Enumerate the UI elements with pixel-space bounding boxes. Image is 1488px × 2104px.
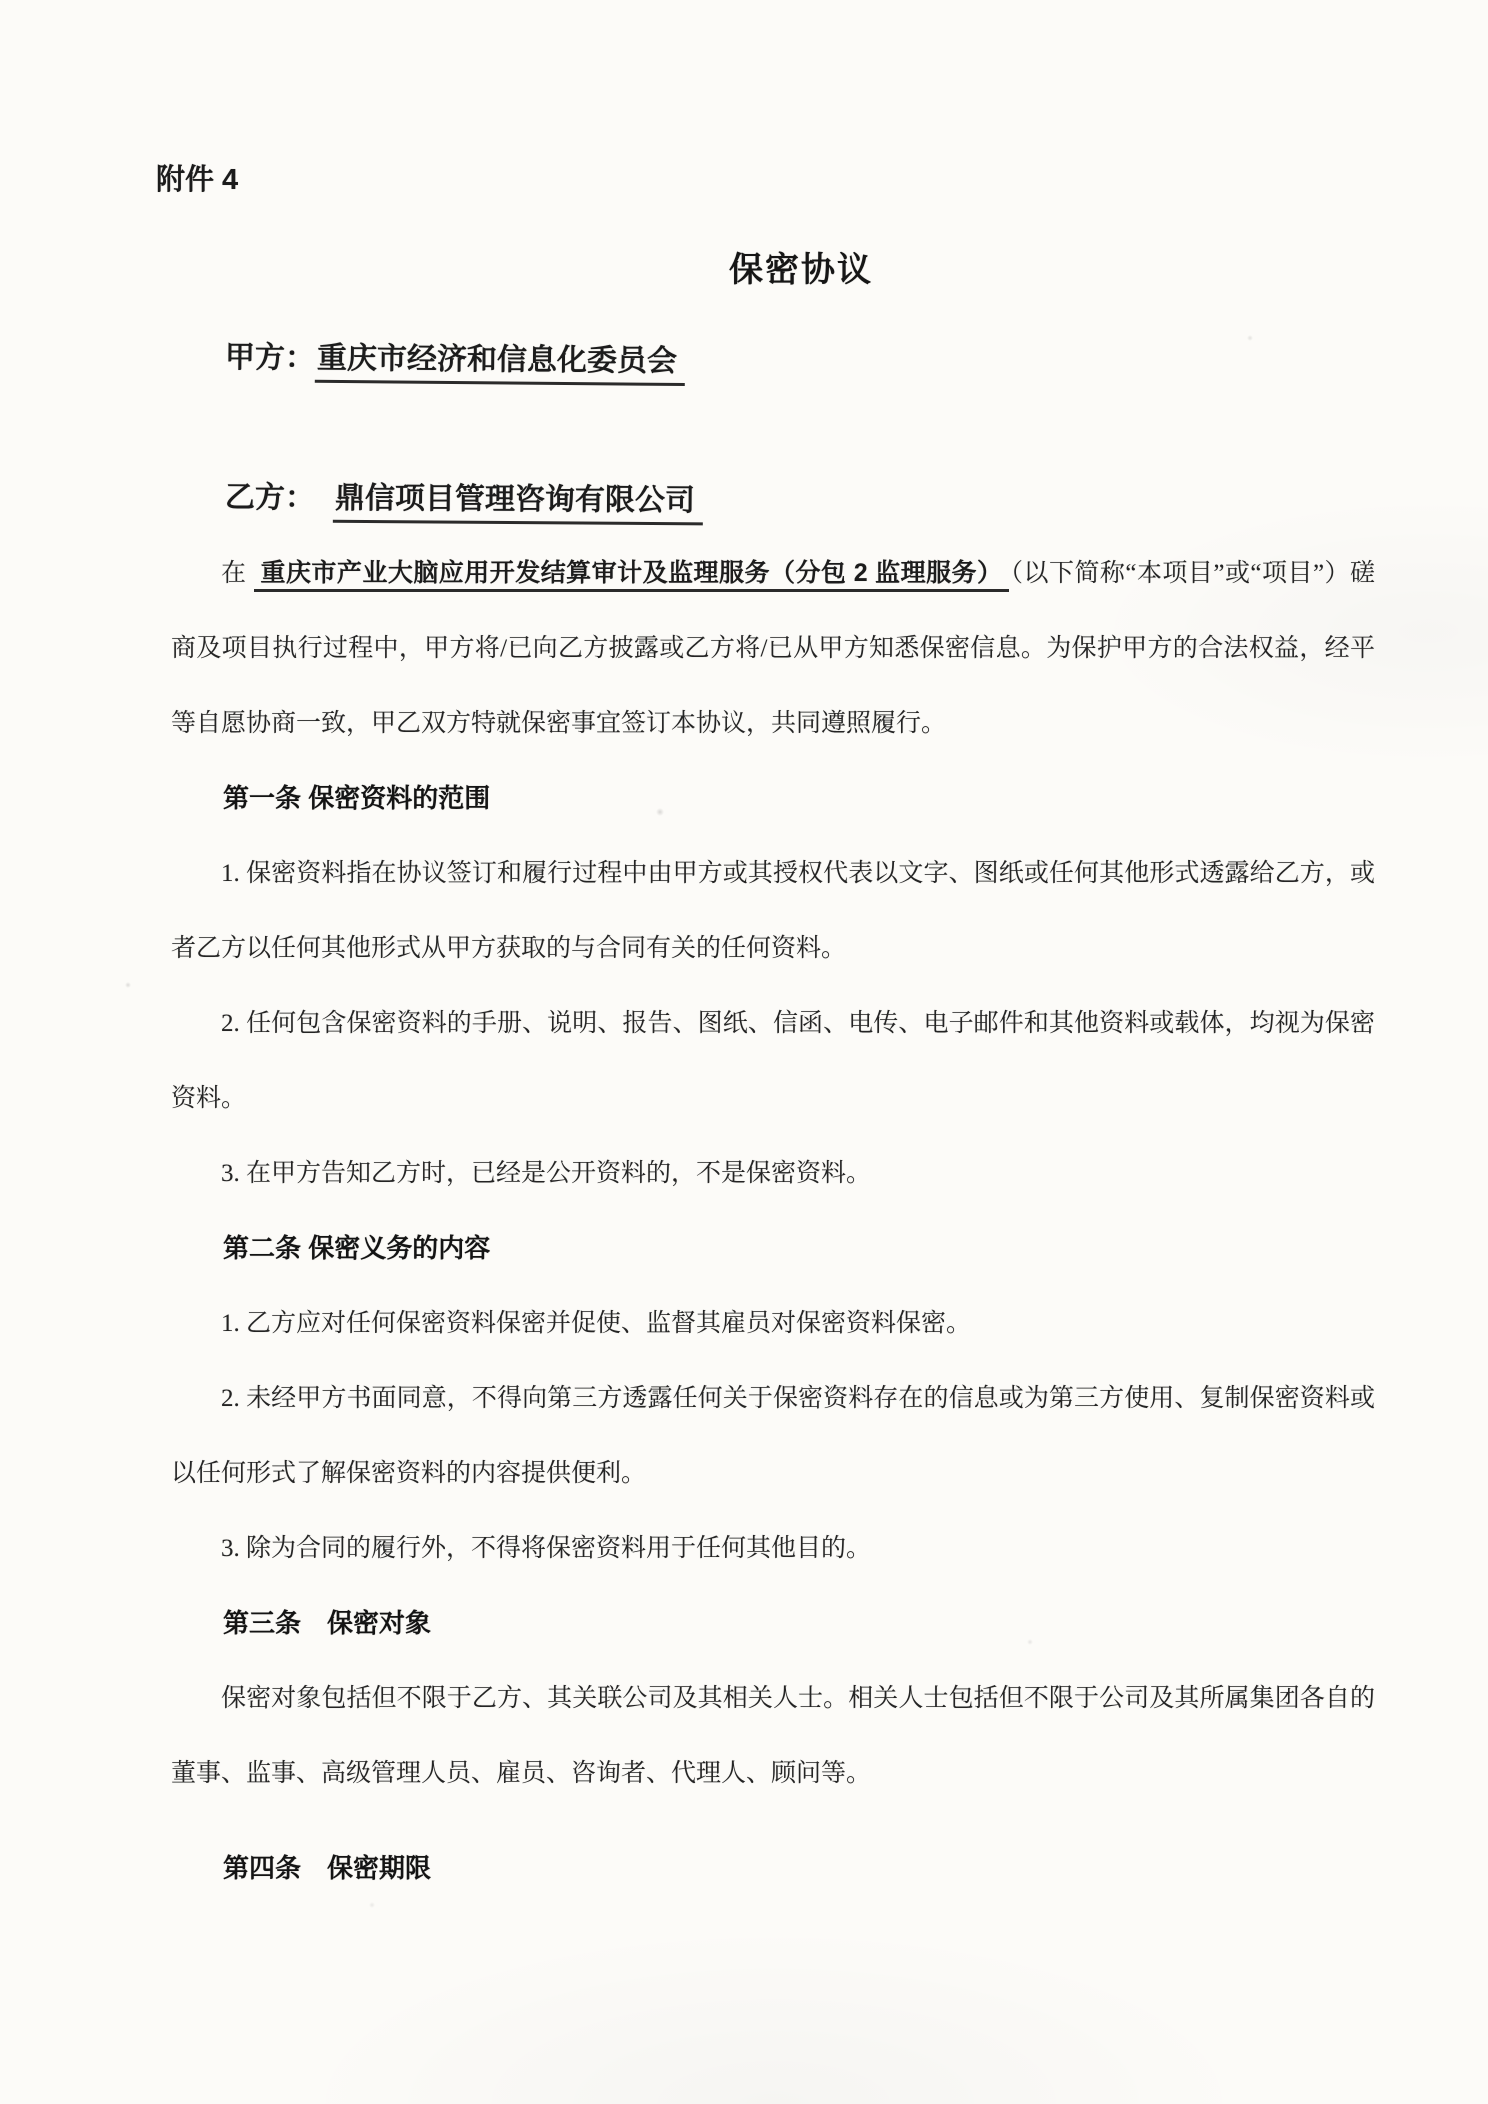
section-4-heading: 第四条 保密期限 bbox=[171, 1831, 1375, 1906]
section-2-clause-3: 3. 除为合同的履行外，不得将保密资料用于任何其他目的。 bbox=[171, 1511, 1375, 1586]
section-4: 第四条 保密期限 bbox=[171, 1831, 1375, 1906]
body-text: 在重庆市产业大脑应用开发结算审计及监理服务（分包 2 监理服务）（以下简称“本项… bbox=[171, 536, 1375, 1906]
preamble-prefix: 在 bbox=[221, 560, 246, 587]
party-b-row: 乙方：鼎信项目管理咨询有限公司 bbox=[225, 476, 1375, 528]
section-2-heading: 第二条 保密义务的内容 bbox=[171, 1211, 1375, 1286]
attachment-label: 附件 4 bbox=[156, 160, 1375, 200]
section-3-heading: 第三条 保密对象 bbox=[171, 1586, 1375, 1661]
section-3: 第三条 保密对象 保密对象包括但不限于乙方、其关联公司及其相关人士。相关人士包括… bbox=[171, 1586, 1375, 1811]
party-b-name: 鼎信项目管理咨询有限公司 bbox=[333, 482, 703, 526]
document-page: 附件 4 保密协议 甲方：重庆市经济和信息化委员会 乙方：鼎信项目管理咨询有限公… bbox=[0, 0, 1488, 2104]
preamble-paragraph: 在重庆市产业大脑应用开发结算审计及监理服务（分包 2 监理服务）（以下简称“本项… bbox=[171, 536, 1375, 761]
section-3-clause-1: 保密对象包括但不限于乙方、其关联公司及其相关人士。相关人士包括但不限于公司及其所… bbox=[171, 1661, 1375, 1811]
section-1-clause-1: 1. 保密资料指在协议签订和履行过程中由甲方或其授权代表以文字、图纸或任何其他形… bbox=[171, 836, 1375, 986]
party-b-label: 乙方： bbox=[225, 481, 315, 515]
section-2-clause-2: 2. 未经甲方书面同意，不得向第三方透露任何关于保密资料存在的信息或为第三方使用… bbox=[171, 1361, 1375, 1511]
section-1-heading: 第一条 保密资料的范围 bbox=[171, 761, 1375, 836]
project-name-underlined: 重庆市产业大脑应用开发结算审计及监理服务（分包 2 监理服务） bbox=[254, 559, 1008, 592]
section-1-clause-3: 3. 在甲方告知乙方时，已经是公开资料的，不是保密资料。 bbox=[171, 1136, 1375, 1211]
section-1: 第一条 保密资料的范围 1. 保密资料指在协议签订和履行过程中由甲方或其授权代表… bbox=[171, 761, 1375, 1211]
section-2-clause-1: 1. 乙方应对任何保密资料保密并促使、监督其雇员对保密资料保密。 bbox=[171, 1286, 1375, 1361]
party-a-name: 重庆市经济和信息化委员会 bbox=[315, 342, 685, 386]
party-a-row: 甲方：重庆市经济和信息化委员会 bbox=[225, 336, 1375, 390]
document-content: 附件 4 保密协议 甲方：重庆市经济和信息化委员会 乙方：鼎信项目管理咨询有限公… bbox=[171, 160, 1375, 1906]
document-title: 保密协议 bbox=[199, 248, 1403, 292]
party-a-label: 甲方： bbox=[225, 341, 315, 375]
section-2: 第二条 保密义务的内容 1. 乙方应对任何保密资料保密并促使、监督其雇员对保密资… bbox=[171, 1211, 1375, 1586]
section-1-clause-2: 2. 任何包含保密资料的手册、说明、报告、图纸、信函、电传、电子邮件和其他资料或… bbox=[171, 986, 1375, 1136]
